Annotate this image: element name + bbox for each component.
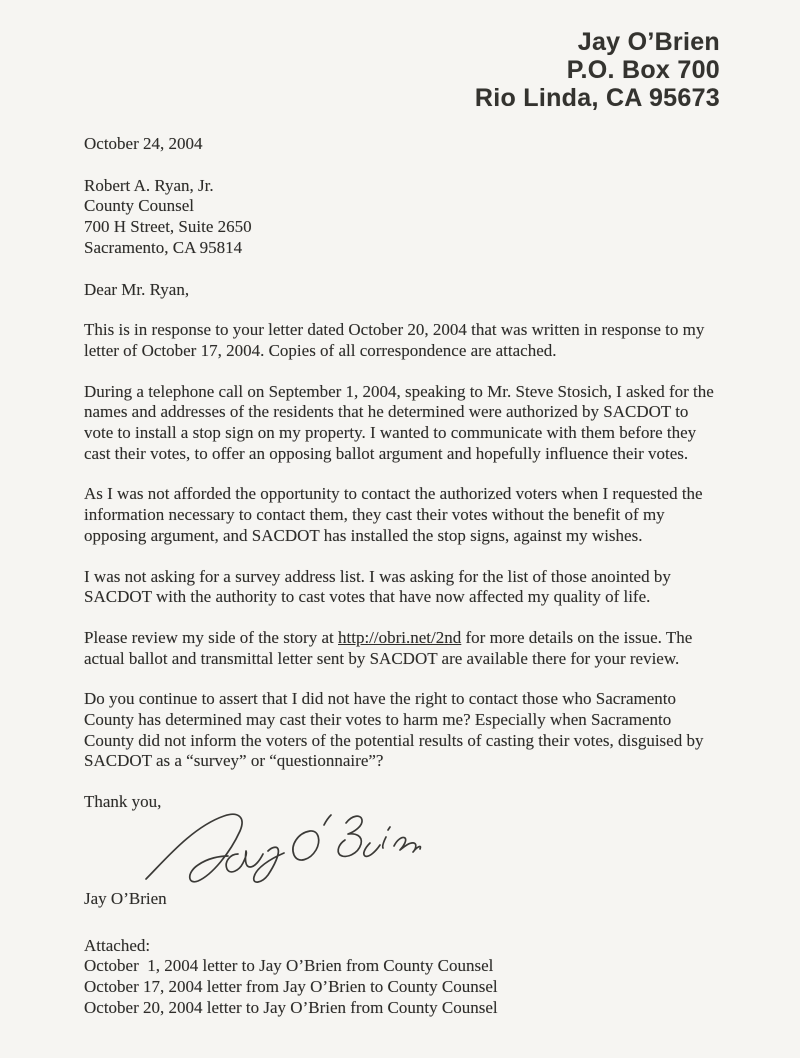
paragraph-2: During a telephone call on September 1, … [84, 382, 720, 465]
recipient-block: Robert A. Ryan, Jr. County Counsel 700 H… [84, 176, 720, 259]
paragraph-1: This is in response to your letter dated… [84, 320, 720, 361]
attachment-item-2: October 17, 2004 letter from Jay O’Brien… [84, 977, 720, 998]
paragraph-3: As I was not afforded the opportunity to… [84, 484, 720, 546]
paragraph-6: Do you continue to assert that I did not… [84, 689, 720, 772]
recipient-city: Sacramento, CA 95814 [84, 238, 720, 259]
attachments-block: Attached: October 1, 2004 letter to Jay … [84, 936, 720, 1019]
letterhead-name: Jay O’Brien [0, 28, 720, 56]
signature-svg [142, 809, 424, 885]
recipient-title: County Counsel [84, 196, 720, 217]
typed-name: Jay O’Brien [84, 889, 720, 910]
letterhead-po-box: P.O. Box 700 [0, 56, 720, 84]
attachments-label: Attached: [84, 936, 720, 957]
paragraph-4: I was not asking for a survey address li… [84, 567, 720, 608]
date-line: October 24, 2004 [84, 134, 720, 155]
signature-image [142, 809, 720, 885]
letterhead-city: Rio Linda, CA 95673 [0, 84, 720, 112]
letterhead: Jay O’Brien P.O. Box 700 Rio Linda, CA 9… [0, 0, 800, 112]
recipient-street: 700 H Street, Suite 2650 [84, 217, 720, 238]
attachment-item-1: October 1, 2004 letter to Jay O’Brien fr… [84, 956, 720, 977]
letter-page: Jay O’Brien P.O. Box 700 Rio Linda, CA 9… [0, 0, 800, 1058]
salutation: Dear Mr. Ryan, [84, 280, 720, 301]
paragraph-5-before-link: Please review my side of the story at [84, 628, 338, 647]
attachment-item-3: October 20, 2004 letter to Jay O’Brien f… [84, 998, 720, 1019]
paragraph-5: Please review my side of the story at ht… [84, 628, 720, 669]
recipient-name: Robert A. Ryan, Jr. [84, 176, 720, 197]
story-link[interactable]: http://obri.net/2nd [338, 628, 461, 647]
letter-body: October 24, 2004 Robert A. Ryan, Jr. Cou… [0, 134, 800, 1018]
